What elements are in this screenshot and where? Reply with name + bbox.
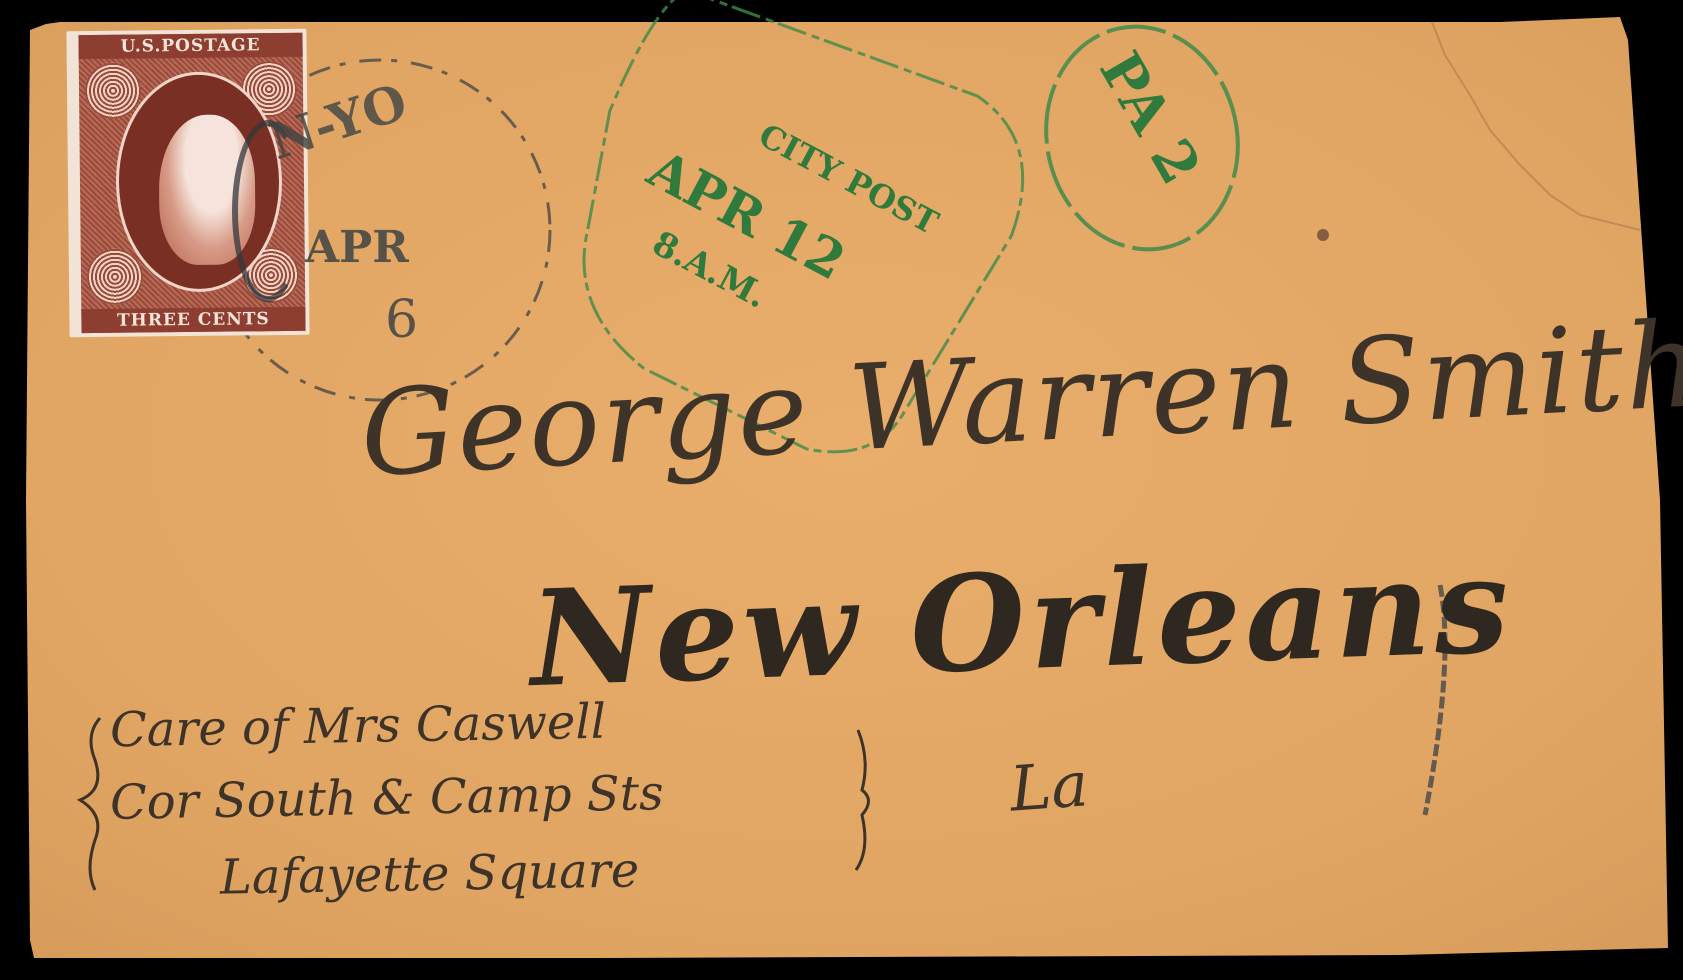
postmark-day: 6 — [385, 290, 418, 350]
postmark-month: APR — [305, 222, 409, 273]
care-of-line: Care of Mrs Caswell — [110, 694, 607, 759]
stamp-top-label: U.S.POSTAGE — [78, 33, 302, 59]
envelope: U.S.POSTAGE THREE CENTS N-YO APR 6 CITY … — [0, 0, 1683, 980]
care-of-line: Cor South & Camp Sts — [110, 765, 665, 831]
stamp-bottom-label: THREE CENTS — [81, 307, 305, 333]
rosette-icon — [85, 62, 142, 119]
care-of-line: Lafayette Square — [220, 842, 640, 905]
address-state: La — [1008, 747, 1091, 825]
rosette-icon — [87, 248, 144, 305]
